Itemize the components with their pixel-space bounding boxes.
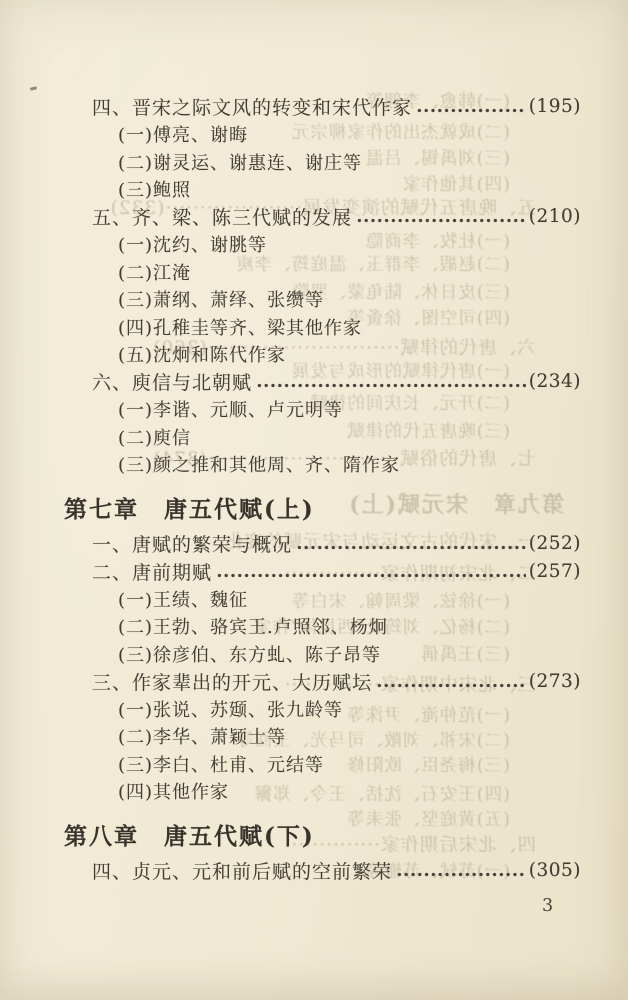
toc-subentry: (二)谢灵运、谢惠连、谢庄等 — [118, 148, 628, 176]
toc-subentry: (三)徐彦伯、东方虬、陈子昂等 — [118, 640, 628, 668]
page-number: (273) — [529, 671, 581, 692]
entry-title: (一)沈约、谢朓等 — [118, 231, 267, 257]
toc-entry: 五、齐、梁、陈三代赋的发展(210) — [92, 203, 581, 231]
entry-title: (二)王勃、骆宾王.卢照邻、杨炯 — [118, 613, 388, 639]
chapter-heading: 第七章 唐五代赋(上) — [64, 490, 628, 524]
page-number-folio: 3 — [542, 896, 554, 916]
toc-subentry: (二)江淹 — [118, 258, 628, 286]
entry-title: (一)傅亮、谢晦 — [118, 121, 248, 147]
dot-leader — [256, 383, 526, 388]
ink-speck — [30, 86, 38, 91]
entry-title: 六、庾信与北朝赋 — [92, 368, 252, 395]
entry-title: 第七章 唐五代赋(上) — [64, 491, 315, 524]
book-page: (一)韩愈、李翱等(二)成就杰出的作家柳宗元(三)刘禹锡、吕温(四)其他作家五、… — [0, 0, 628, 1000]
toc-subentry: (一)沈约、谢朓等 — [118, 231, 628, 259]
toc-subentry: (四)其他作家 — [118, 778, 628, 806]
toc-entry: 一、唐赋的繁荣与概况(252) — [92, 530, 581, 558]
toc-subentry: (二)王勃、骆宾王.卢照邻、杨炯 — [118, 613, 628, 641]
page-number: (252) — [529, 533, 581, 554]
entry-title: (三)鲍照 — [118, 176, 191, 202]
entry-title: 五、齐、梁、陈三代赋的发展 — [92, 203, 352, 230]
toc-subentry: (三)萧纲、萧绎、张缵等 — [118, 286, 628, 314]
entry-title: (一)张说、苏颋、张九龄等 — [118, 696, 343, 722]
toc-entry: 四、贞元、元和前后赋的空前繁荣(305) — [92, 857, 581, 885]
toc-subentry: (四)孔稚圭等齐、梁其他作家 — [118, 313, 628, 341]
toc-entry: 三、作家辈出的开元、大历赋坛(273) — [92, 668, 581, 696]
page-number: (257) — [529, 561, 581, 582]
entry-title: (三)颜之推和其他周、齐、隋作家 — [118, 451, 400, 477]
toc-subentry: (二)李华、萧颖士等 — [118, 723, 628, 751]
entry-title: (三)萧纲、萧绎、张缵等 — [118, 286, 324, 312]
toc-entry: 四、晋宋之际文风的转变和宋代作家(195) — [92, 93, 581, 121]
entry-title: 四、晋宋之际文风的转变和宋代作家 — [92, 93, 412, 120]
page-number: (234) — [529, 371, 581, 392]
dot-leader — [216, 573, 526, 578]
entry-title: (一)李谐、元顺、卢元明等 — [118, 396, 343, 422]
page-number: (210) — [529, 206, 581, 227]
entry-title: (一)王绩、魏征 — [118, 586, 248, 612]
toc-entry: 六、庾信与北朝赋(234) — [92, 368, 581, 396]
toc-subentry: (一)李谐、元顺、卢元明等 — [118, 396, 628, 424]
entry-title: (二)江淹 — [118, 259, 191, 285]
toc-subentry: (一)王绩、魏征 — [118, 585, 628, 613]
entry-title: (二)庾信 — [118, 424, 191, 450]
entry-title: 一、唐赋的繁荣与概况 — [92, 530, 292, 557]
page-number: (305) — [529, 860, 581, 881]
entry-title: (三)李白、杜甫、元结等 — [118, 751, 324, 777]
entry-title: (二)谢灵运、谢惠连、谢庄等 — [118, 149, 362, 175]
entry-title: (三)徐彦伯、东方虬、陈子昂等 — [118, 641, 381, 667]
dot-leader — [376, 683, 526, 688]
toc-subentry: (一)傅亮、谢晦 — [118, 121, 628, 149]
toc-subentry: (三)鲍照 — [118, 176, 628, 204]
entry-title: 第八章 唐五代赋(下) — [64, 818, 315, 851]
entry-title: (四)其他作家 — [118, 778, 229, 804]
toc-entry: 二、唐前期赋(257) — [92, 558, 581, 586]
entry-title: (二)李华、萧颖士等 — [118, 723, 286, 749]
entry-title: 四、贞元、元和前后赋的空前繁荣 — [92, 857, 392, 884]
dot-leader — [396, 872, 526, 877]
chapter-heading: 第八章 唐五代赋(下) — [64, 817, 628, 851]
entry-title: 二、唐前期赋 — [92, 558, 212, 585]
entry-title: (四)孔稚圭等齐、梁其他作家 — [118, 314, 362, 340]
entry-title: (五)沈炯和陈代作家 — [118, 341, 286, 367]
toc-subentry: (一)张说、苏颋、张九龄等 — [118, 695, 628, 723]
toc-subentry: (三)李白、杜甫、元结等 — [118, 750, 628, 778]
toc-rows: 四、晋宋之际文风的转变和宋代作家(195)(一)傅亮、谢晦(二)谢灵运、谢惠连、… — [0, 93, 628, 885]
dot-leader — [356, 218, 526, 223]
toc-subentry: (二)庾信 — [118, 423, 628, 451]
entry-title: 三、作家辈出的开元、大历赋坛 — [92, 668, 372, 695]
page-number: (195) — [529, 96, 581, 117]
dot-leader — [416, 108, 526, 113]
toc-subentry: (三)颜之推和其他周、齐、隋作家 — [118, 451, 628, 479]
toc-subentry: (五)沈炯和陈代作家 — [118, 341, 628, 369]
dot-leader — [296, 545, 526, 550]
